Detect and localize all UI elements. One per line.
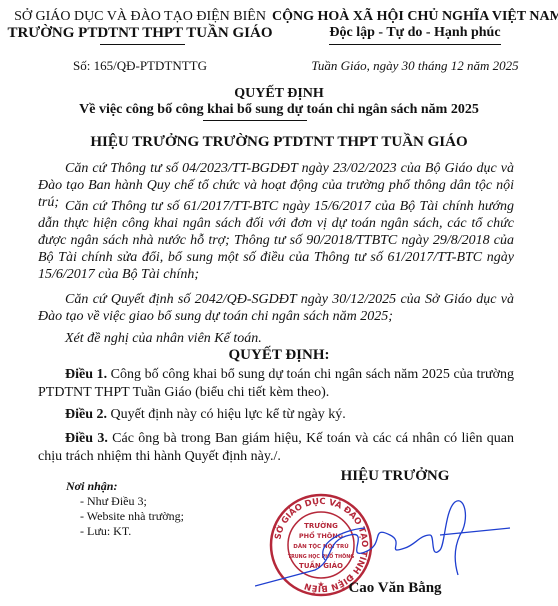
article-2: Điều 2. Quyết định này có hiệu lực kể từ… (38, 406, 514, 424)
preamble-2: Căn cứ Thông tư số 61/2017/TT-BTC ngày 1… (38, 198, 514, 283)
school-name: TRƯỜNG PTDTNT THPT TUẦN GIÁO (0, 25, 280, 42)
recipient-item: - Như Điều 3; (80, 494, 147, 509)
issuing-authority: HIỆU TRƯỞNG TRƯỜNG PTDTNT THPT TUẦN GIÁO (0, 134, 558, 151)
document-subject: Về việc công bố công khai bổ sung dự toá… (0, 102, 558, 118)
school-underline (100, 44, 185, 45)
signature-scribble-icon (255, 490, 515, 590)
preamble-4: Xét đề nghị của nhân viên Kế toán. (38, 330, 514, 347)
recipient-item: - Lưu: KT. (80, 524, 131, 539)
department-name: SỞ GIÁO DỤC VÀ ĐÀO TẠO ĐIỆN BIÊN (0, 9, 280, 25)
document-type: QUYẾT ĐỊNH (0, 86, 558, 102)
article-3: Điều 3. Các ông bà trong Ban giám hiệu, … (38, 430, 514, 466)
place-date: Tuần Giáo, ngày 30 tháng 12 năm 2025 (272, 58, 558, 74)
national-title: CỘNG HOÀ XÃ HỘI CHỦ NGHĨA VIỆT NAM (272, 9, 558, 25)
national-motto: Độc lập - Tự do - Hạnh phúc (272, 25, 558, 41)
preamble-3: Căn cứ Quyết định số 2042/QĐ-SGDĐT ngày … (38, 291, 514, 325)
signer-role: HIỆU TRƯỞNG (320, 468, 470, 485)
recipients-title: Nơi nhận: (66, 479, 117, 494)
document-number: Số: 165/QĐ-PTDTNTTG (0, 58, 280, 74)
motto-underline (329, 44, 501, 45)
signer-name: Cao Văn Bằng (320, 580, 470, 597)
recipient-item: - Website nhà trường; (80, 509, 184, 524)
article-1: Điều 1. Công bố công khai bổ sung dự toá… (38, 366, 514, 402)
decision-heading: QUYẾT ĐỊNH: (0, 347, 558, 364)
subject-underline (203, 120, 307, 121)
